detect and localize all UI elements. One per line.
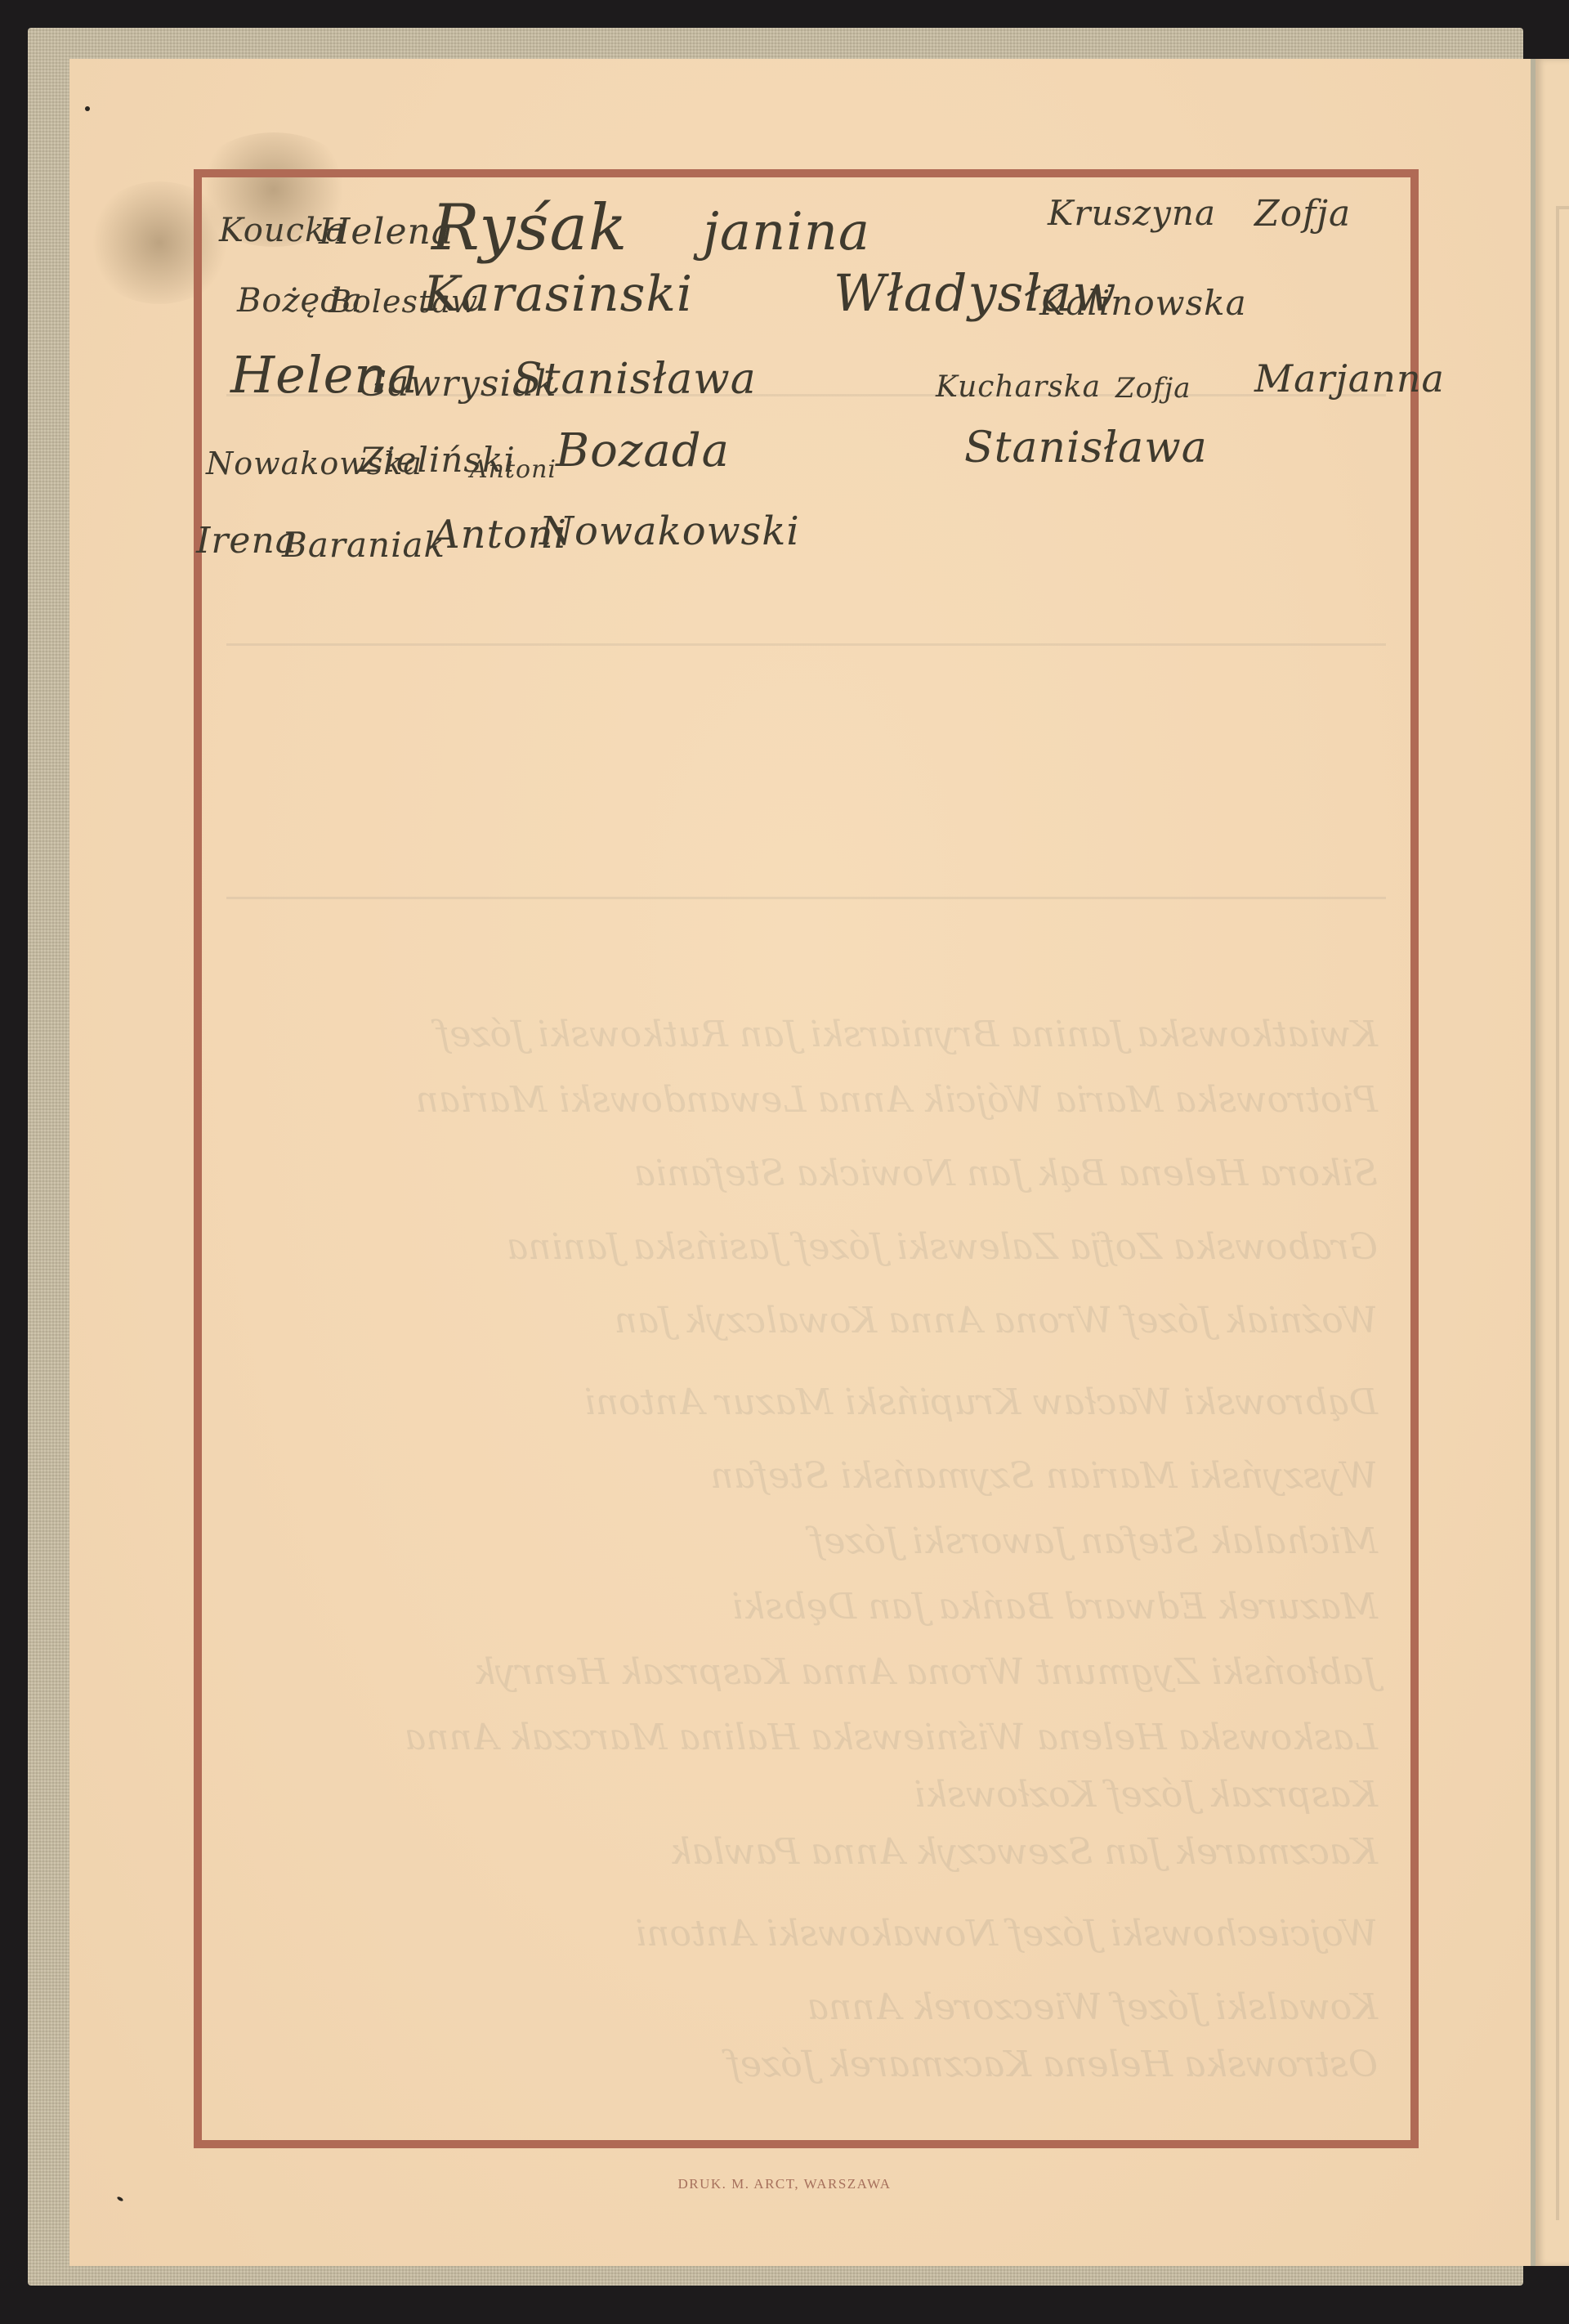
handwritten-name: Antoni [470, 458, 557, 482]
handwritten-name: janina [703, 206, 870, 258]
handwritten-name: Zofja [1115, 374, 1191, 402]
printer-imprint: DRUK. M. ARCT, WARSZAWA [0, 2176, 1569, 2192]
handwritten-name: Zofja [1254, 196, 1351, 232]
paper-speck [85, 106, 90, 111]
handwritten-name-list: KouckaHelenaRyśakjaninaKruszynaZofjaBożę… [0, 0, 1569, 2324]
handwritten-name: Baraniak [282, 528, 445, 562]
handwritten-name: Karasinski [423, 270, 693, 319]
handwritten-name: Bozada [556, 428, 730, 474]
handwritten-name: Kruszyna [1048, 196, 1216, 231]
handwritten-name: Stanisława [513, 358, 757, 401]
handwritten-name: Ryśak [431, 196, 628, 260]
handwritten-name: Kalinowska [1039, 286, 1247, 320]
handwritten-name: Kucharska [936, 373, 1101, 402]
handwritten-name: Marjanna [1254, 360, 1445, 397]
handwritten-name: Nowakowski [539, 512, 800, 551]
handwritten-name: Stanisława [964, 427, 1208, 469]
